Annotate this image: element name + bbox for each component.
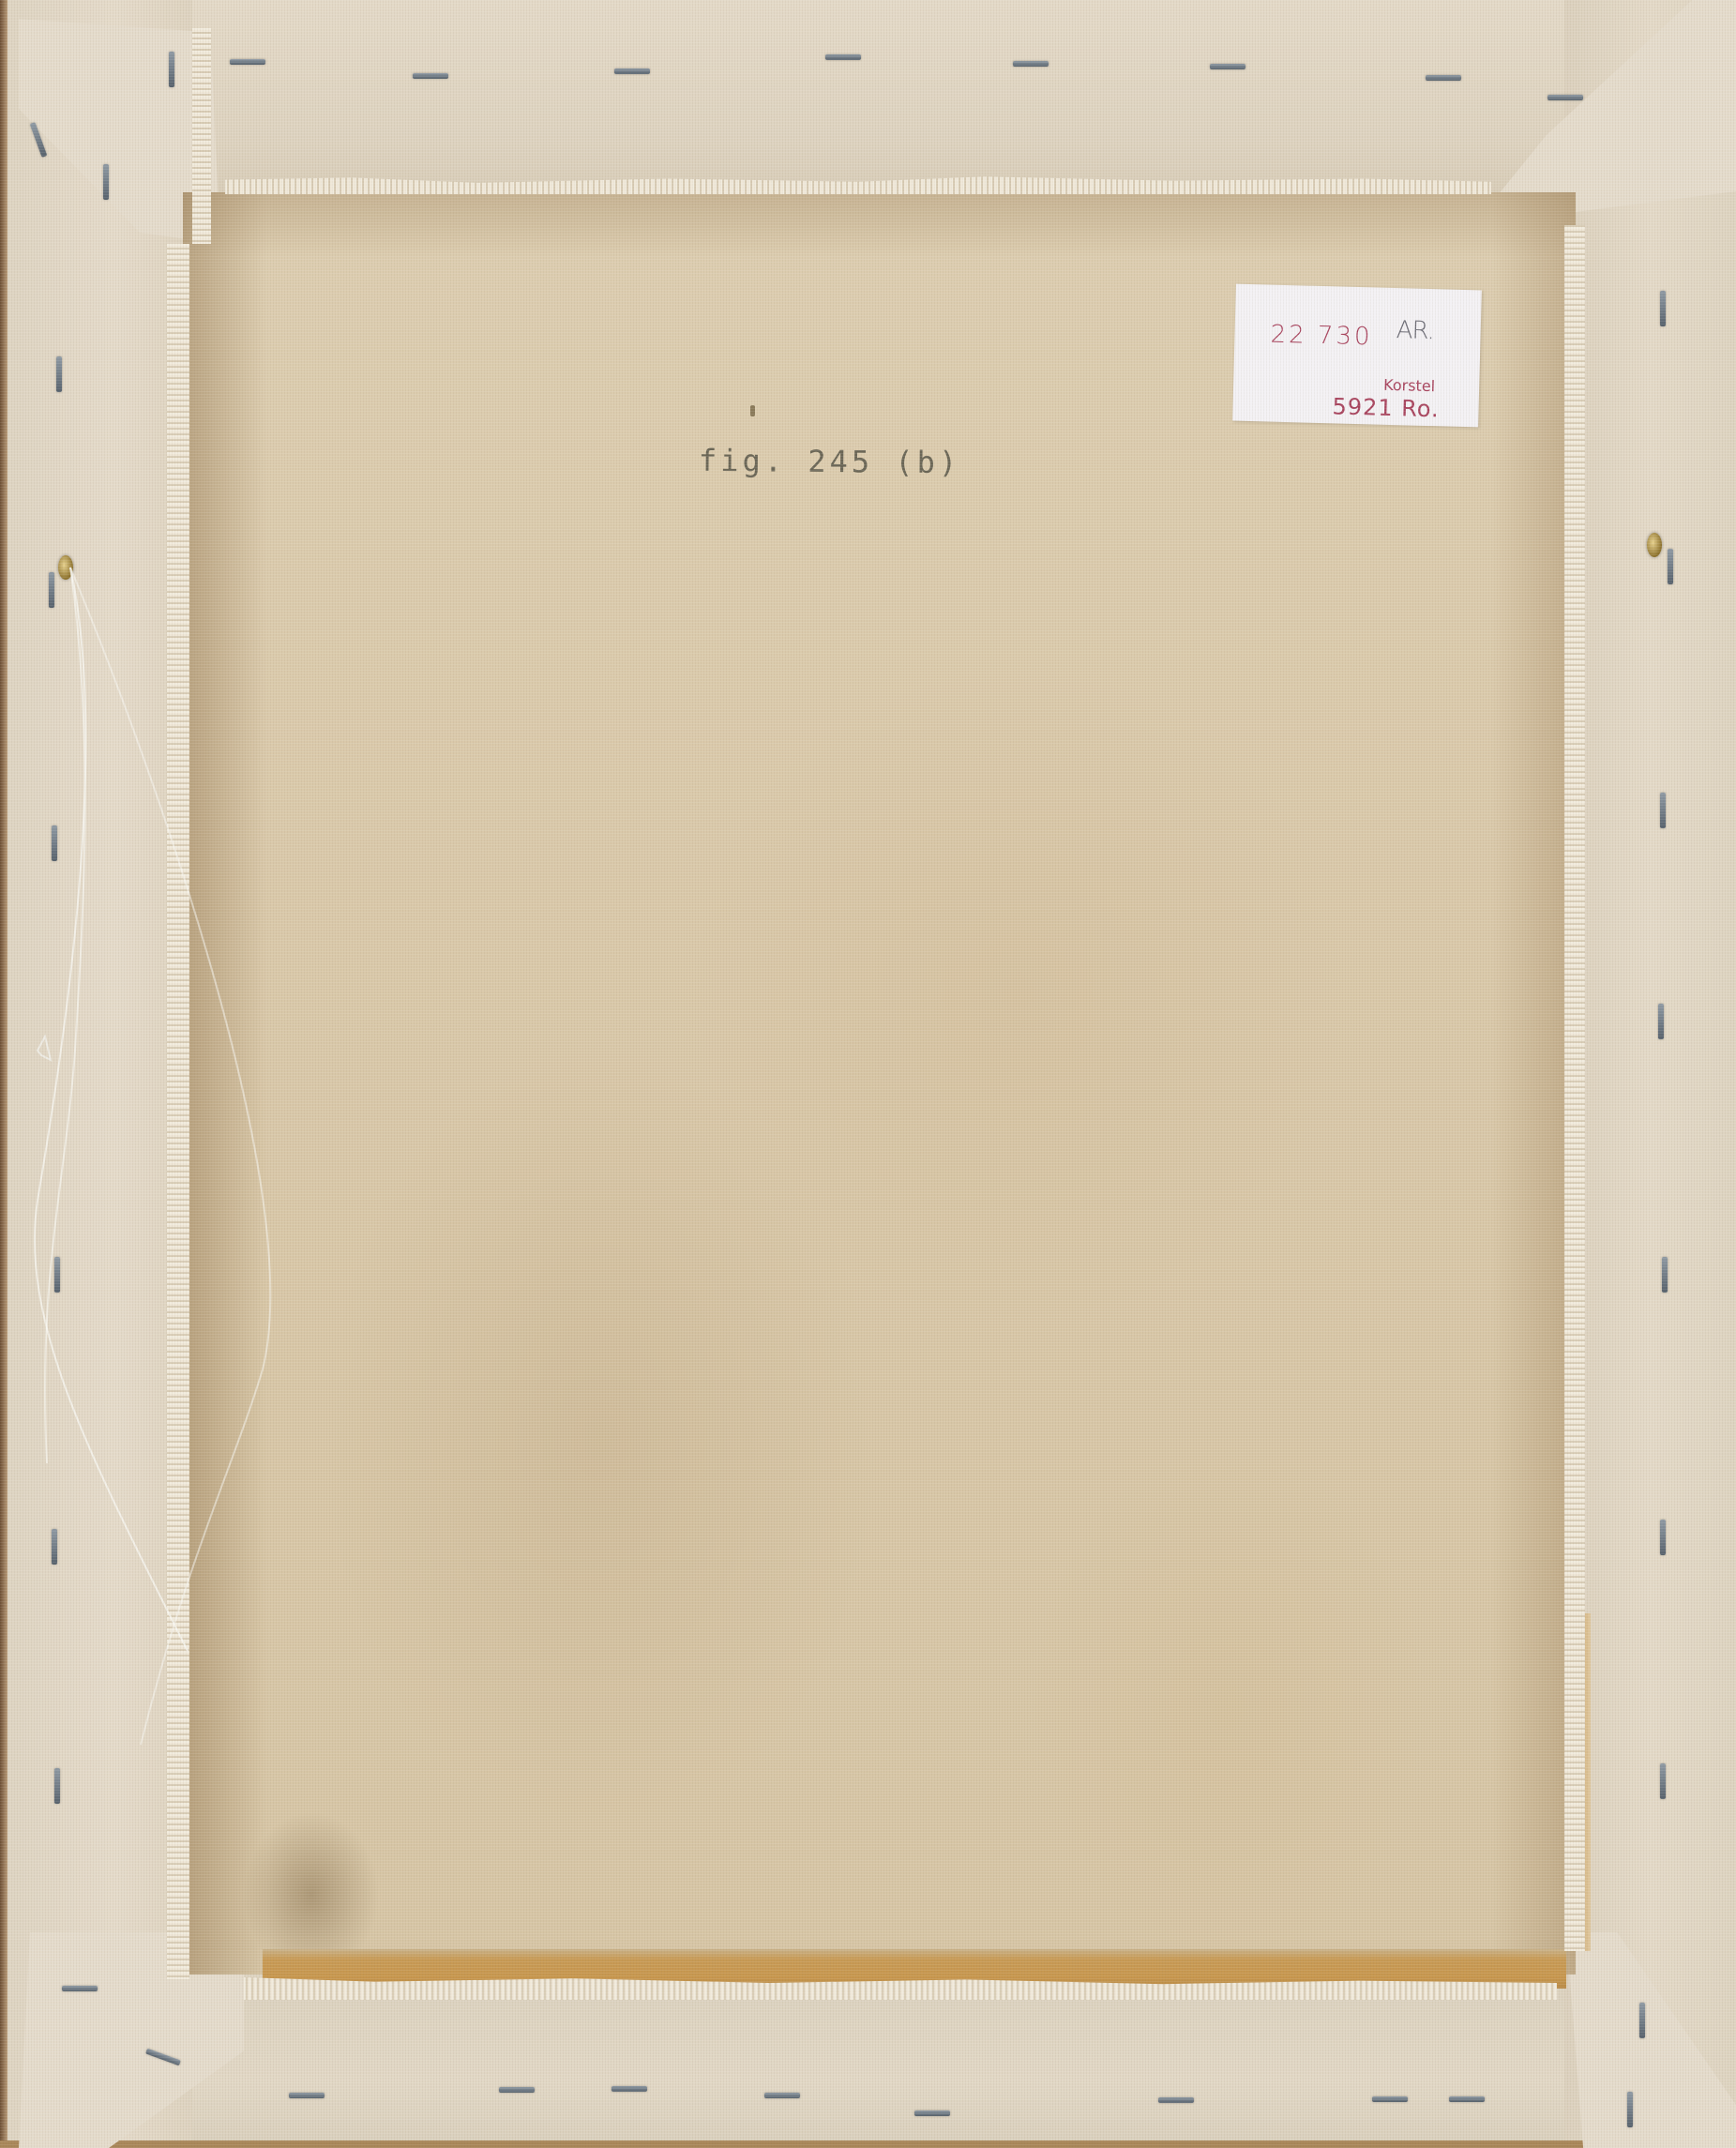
staple-icon <box>1660 1520 1666 1555</box>
pencil-mark <box>750 405 755 416</box>
label-initials: AR. <box>1396 316 1434 345</box>
staple-icon <box>54 1768 60 1804</box>
staple-icon <box>289 2093 325 2098</box>
staple-icon <box>1668 549 1673 584</box>
top-stretcher-shadow <box>183 192 1576 258</box>
staple-icon <box>611 2086 647 2092</box>
top-tacking-margin <box>0 0 1736 202</box>
bottom-tacking-margin <box>0 1979 1736 2148</box>
left-stretcher-shadow <box>183 192 267 1974</box>
staple-icon <box>49 572 54 608</box>
inventory-label-card: 22 730 AR. Korstel 5921 Ro. <box>1232 284 1482 428</box>
frame-edge-left <box>0 0 8 2148</box>
staple-icon <box>1627 2092 1633 2127</box>
staple-icon <box>825 54 861 60</box>
staple-icon <box>1660 291 1666 326</box>
bottom-left-shadow <box>244 1782 413 1970</box>
top-left-fold-fringe <box>192 28 211 244</box>
staple-icon <box>169 52 174 87</box>
staple-icon <box>413 73 448 79</box>
staple-icon <box>103 164 109 200</box>
staple-icon <box>1426 75 1461 81</box>
staple-icon <box>56 356 62 392</box>
staple-icon <box>1660 1763 1666 1799</box>
left-frayed-edge <box>167 244 189 1979</box>
left-tacking-margin <box>0 0 192 2148</box>
staple-icon <box>52 825 57 861</box>
frame-edge-bottom <box>0 2140 1736 2148</box>
staple-icon <box>52 1529 57 1565</box>
right-stretcher-shadow <box>1491 192 1576 1974</box>
bottom-frayed-edge <box>244 1977 1557 2000</box>
staple-icon <box>914 2110 950 2116</box>
staple-icon <box>1660 793 1666 828</box>
staple-icon <box>499 2087 535 2093</box>
staple-icon <box>1658 1004 1664 1039</box>
staple-icon <box>54 1257 60 1293</box>
staple-icon <box>614 68 650 74</box>
staple-icon <box>1158 2097 1194 2103</box>
left-hanging-ring-icon <box>58 555 73 580</box>
staple-icon <box>62 1986 98 1991</box>
staple-icon <box>1013 61 1049 67</box>
staple-icon <box>764 2093 800 2098</box>
right-frayed-edge <box>1564 225 1585 1951</box>
label-reference: 5921 Ro. <box>1332 393 1440 422</box>
staple-icon <box>1210 64 1245 69</box>
pencil-inscription: fig. 245 (b) <box>699 443 961 480</box>
staple-icon <box>1372 2096 1408 2102</box>
label-inventory-number: 22 730 <box>1270 321 1373 352</box>
canvas-verso-photo: 22 730 AR. Korstel 5921 Ro. fig. 245 (b) <box>0 0 1736 2148</box>
staple-icon <box>230 59 265 65</box>
staple-icon <box>1662 1257 1668 1293</box>
staple-icon <box>1639 2003 1645 2038</box>
staple-icon <box>1547 95 1583 100</box>
right-hanging-ring-icon <box>1647 533 1662 557</box>
label-note: Korstel <box>1383 376 1435 395</box>
staple-icon <box>1449 2096 1485 2102</box>
